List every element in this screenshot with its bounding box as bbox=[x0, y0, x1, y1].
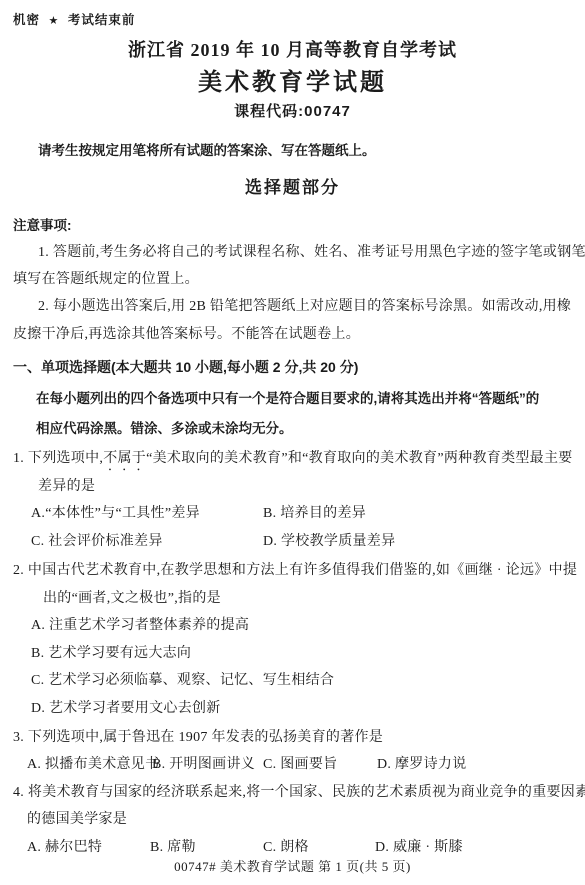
section-heading: 选择题部分 bbox=[0, 173, 585, 198]
question-option: D. 摩罗诗力说 bbox=[377, 753, 467, 773]
question-option: D. 学校教学质量差异 bbox=[263, 530, 395, 550]
question-option: D. 威廉 · 斯膝 bbox=[375, 836, 463, 856]
question-option: B. 席勒 bbox=[150, 836, 196, 856]
page-footer: 00747# 美术教育学试题 第 1 页(共 5 页) bbox=[0, 856, 585, 875]
option-row: D. 艺术学习者要用文心去创新 bbox=[0, 697, 585, 717]
option-row: A. 赫尔巴特 B. 席勒 C. 朗格 D. 威廉 · 斯膝 bbox=[0, 836, 585, 856]
option-row: A. 拟播布美术意见书 B. 开明图画讲义 C. 图画要旨 D. 摩罗诗力说 bbox=[0, 753, 585, 773]
option-row: C. 社会评价标准差异 D. 学校教学质量差异 bbox=[0, 530, 585, 550]
part1-instruction-line: 在每小题列出的四个备选项中只有一个是符合题目要求的,请将其选出并将“答题纸”的 bbox=[36, 387, 539, 407]
secret-label: 机密 bbox=[13, 13, 40, 27]
paper-title: 美术教育学试题 bbox=[0, 62, 585, 97]
question-option: B. 培养目的差异 bbox=[263, 502, 366, 522]
question-stem-continuation: 差异的是 bbox=[38, 475, 95, 495]
note-line: 填写在答题纸规定的位置上。 bbox=[13, 268, 199, 288]
question-stem: 2. 中国古代艺术教育中,在教学思想和方法上有许多值得我们借鉴的,如《画继 · … bbox=[13, 559, 577, 579]
option-row: A. 注重艺术学习者整体素养的提高 bbox=[0, 614, 585, 634]
notes-heading: 注意事项: bbox=[13, 214, 72, 234]
question-stem: 4. 将美术教育与国家的经济联系起来,将一个国家、民族的艺术素质视为商业竞争的重… bbox=[13, 781, 585, 801]
question-option: D. 艺术学习者要用文心去创新 bbox=[31, 697, 221, 717]
question-stem: 3. 下列选项中,属于鲁迅在 1907 年发表的弘扬美育的著作是 bbox=[13, 726, 383, 746]
part1-heading: 一、单项选择题(本大题共 10 小题,每小题 2 分,共 20 分) bbox=[13, 357, 358, 377]
option-row: C. 艺术学习必须临摹、观察、记忆、写生相结合 bbox=[0, 669, 585, 689]
question-option: A. 拟播布美术意见书 bbox=[27, 753, 159, 773]
note-line: 2. 每小题选出答案后,用 2B 铅笔把答题纸上对应题目的答案标号涂黑。如需改动… bbox=[38, 295, 571, 315]
part1-instruction-line: 相应代码涂黑。错涂、多涂或未涂均无分。 bbox=[36, 417, 293, 437]
question-option: C. 朗格 bbox=[263, 836, 309, 856]
question-option: C. 图画要旨 bbox=[263, 753, 337, 773]
exam-session-title: 浙江省 2019 年 10 月高等教育自学考试 bbox=[0, 36, 585, 62]
question-option: A.“本体性”与“工具性”差异 bbox=[31, 502, 200, 522]
note-line: 1. 答题前,考生务必将自己的考试课程名称、姓名、准考证号用黑色字迹的签字笔或钢… bbox=[38, 241, 585, 261]
note-line: 皮擦干净后,再选涂其他答案标号。不能答在试题卷上。 bbox=[13, 323, 360, 343]
before-exam-end-label: 考试结束前 bbox=[68, 13, 136, 27]
question-option: B. 开明图画讲义 bbox=[152, 753, 255, 773]
answer-sheet-instruction: 请考生按规定用笔将所有试题的答案涂、写在答题纸上。 bbox=[38, 139, 376, 159]
option-row: B. 艺术学习要有远大志向 bbox=[0, 642, 585, 662]
star-icon: ★ bbox=[45, 15, 64, 27]
exam-paper-page: 机密 ★ 考试结束前 浙江省 2019 年 10 月高等教育自学考试 美术教育学… bbox=[0, 0, 585, 885]
question-option: C. 社会评价标准差异 bbox=[31, 530, 163, 550]
question-stem-continuation: 出的“画者,文之极也”,指的是 bbox=[43, 587, 221, 607]
option-row: A.“本体性”与“工具性”差异 B. 培养目的差异 bbox=[0, 502, 585, 522]
security-classification: 机密 ★ 考试结束前 bbox=[13, 10, 135, 28]
course-code: 课程代码:00747 bbox=[0, 100, 585, 121]
emphasized-text: 不属于 bbox=[103, 451, 146, 466]
question-option: A. 赫尔巴特 bbox=[27, 836, 102, 856]
question-option: A. 注重艺术学习者整体素养的提高 bbox=[31, 614, 249, 634]
question-stem-continuation: 的德国美学家是 bbox=[27, 808, 127, 828]
question-option: B. 艺术学习要有远大志向 bbox=[31, 642, 191, 662]
question-stem: 1. 下列选项中,不属于“美术取向的美术教育”和“教育取向的美术教育”两种教育类… bbox=[13, 447, 573, 474]
question-option: C. 艺术学习必须临摹、观察、记忆、写生相结合 bbox=[31, 669, 334, 689]
